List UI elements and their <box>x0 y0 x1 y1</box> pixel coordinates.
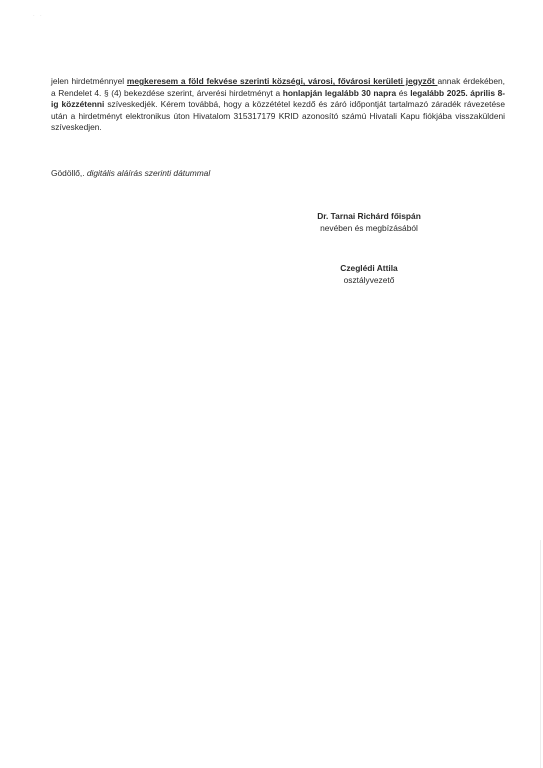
page-edge <box>540 540 541 768</box>
signatory-name: Dr. Tarnai Richárd főispán <box>269 210 469 222</box>
place-and-date: Gödöllő,. digitális aláírás szerinti dát… <box>51 168 210 179</box>
signature-block-principal: Dr. Tarnai Richárd főispán nevében és me… <box>269 210 469 234</box>
scan-artifact: · · <box>33 13 73 19</box>
paragraph-text: jelen hirdetménnyel <box>51 76 127 86</box>
body-paragraph: jelen hirdetménnyel megkeresem a föld fe… <box>51 76 505 134</box>
request-recipient-emphasis: megkeresem a föld fekvése szerinti közsé… <box>127 76 438 86</box>
paragraph-text: szíveskedjék. Kérem továbbá, hogy a közz… <box>51 99 505 132</box>
place: Gödöllő,. <box>51 168 85 178</box>
date-note: digitális aláírás szerinti dátummal <box>85 168 211 178</box>
paragraph-text: és <box>396 88 410 98</box>
signatory-name: Czeglédi Attila <box>269 262 469 274</box>
signature-block-officer: Czeglédi Attila osztályvezető <box>269 262 469 286</box>
duration-emphasis: honlapján legalább 30 napra <box>283 88 396 98</box>
signatory-role: osztályvezető <box>269 274 469 286</box>
signatory-role: nevében és megbízásából <box>269 222 469 234</box>
